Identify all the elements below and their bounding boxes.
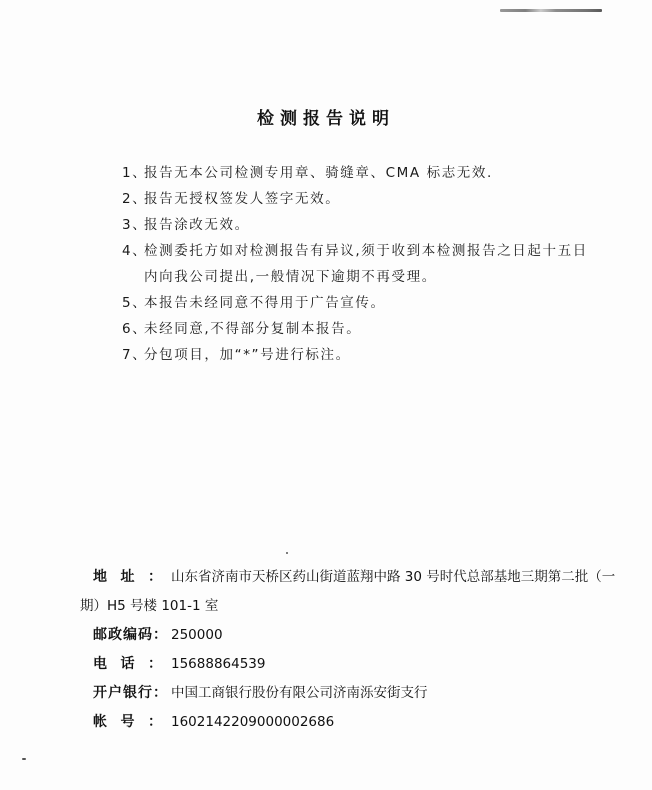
note-number: 1、 (122, 160, 144, 186)
note-text: 检测委托方如对检测报告有异议,须于收到本检测报告之日起十五日 (144, 243, 588, 259)
note-text: 报告涂改无效。 (144, 217, 250, 233)
postcode-row: 邮政编码：250000 (93, 621, 633, 650)
note-item: 2、报告无授权签发人签字无效。 (122, 186, 622, 212)
postcode-label: 邮政编码： (93, 621, 171, 650)
note-item: 4、检测委托方如对检测报告有异议,须于收到本检测报告之日起十五日 (122, 238, 622, 264)
bank-row: 开户银行：中国工商银行股份有限公司济南泺安街支行 (93, 679, 633, 708)
scan-speck (286, 552, 288, 554)
account-value: 1602142209000002686 (171, 714, 334, 730)
address-row: 地址：山东省济南市天桥区药山街道蓝翔中路 30 号时代总部基地三期第二批（一 (93, 563, 633, 592)
note-item: 5、本报告未经同意不得用于广告宣传。 (122, 290, 622, 316)
note-text: 报告无本公司检测专用章、骑缝章、CMA 标志无效. (144, 165, 493, 181)
document-title: 检测报告说明 (0, 104, 652, 129)
bank-label: 开户银行： (93, 679, 171, 708)
contact-info: 地址：山东省济南市天桥区药山街道蓝翔中路 30 号时代总部基地三期第二批（一 期… (93, 563, 633, 737)
note-text: 未经同意,不得部分复制本报告。 (144, 321, 361, 337)
note-text: 报告无授权签发人签字无效。 (144, 191, 340, 207)
scan-speck (22, 758, 26, 760)
note-number: 5、 (122, 290, 144, 316)
note-item: 3、报告涂改无效。 (122, 212, 622, 238)
phone-label: 电话： (93, 650, 171, 679)
note-number: 4、 (122, 238, 144, 264)
note-item: 6、未经同意,不得部分复制本报告。 (122, 316, 622, 342)
address-label: 地址： (93, 563, 171, 592)
address-row-continuation: 期）H5 号楼 101-1 室 (80, 592, 633, 621)
note-item: 7、分包项目，加“*”号进行标注。 (122, 342, 622, 368)
notes-list: 1、报告无本公司检测专用章、骑缝章、CMA 标志无效. 2、报告无授权签发人签字… (122, 160, 622, 368)
note-number: 6、 (122, 316, 144, 342)
document-page: 检测报告说明 1、报告无本公司检测专用章、骑缝章、CMA 标志无效. 2、报告无… (0, 0, 652, 790)
note-item-continuation: 内向我公司提出,一般情况下逾期不再受理。 (122, 264, 622, 290)
bank-value: 中国工商银行股份有限公司济南泺安街支行 (171, 685, 428, 701)
scan-artifact-mark (500, 9, 602, 12)
address-value-continuation: 期）H5 号楼 101-1 室 (80, 598, 218, 614)
postcode-value: 250000 (171, 627, 223, 643)
note-number: 2、 (122, 186, 144, 212)
note-item: 1、报告无本公司检测专用章、骑缝章、CMA 标志无效. (122, 160, 622, 186)
address-value: 山东省济南市天桥区药山街道蓝翔中路 30 号时代总部基地三期第二批（一 (171, 569, 615, 585)
phone-value: 15688864539 (171, 656, 265, 672)
note-number: 7、 (122, 342, 144, 368)
note-text: 本报告未经同意不得用于广告宣传。 (144, 295, 386, 311)
note-text: 分包项目，加“*”号进行标注。 (144, 347, 351, 363)
account-row: 帐号：1602142209000002686 (93, 708, 633, 737)
account-label: 帐号： (93, 708, 171, 737)
phone-row: 电话：15688864539 (93, 650, 633, 679)
note-text: 内向我公司提出,一般情况下逾期不再受理。 (144, 269, 437, 285)
note-number: 3、 (122, 212, 144, 238)
